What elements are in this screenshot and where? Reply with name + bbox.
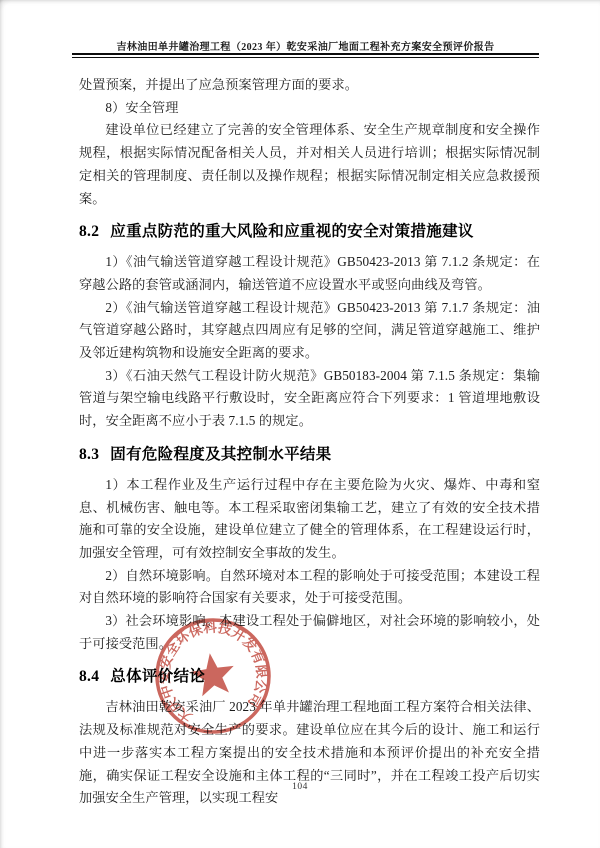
section-number: 8.2 <box>79 223 99 240</box>
section-number: 8.3 <box>79 446 99 463</box>
body-paragraph: 3）社会环境影响。本建设工程处于偏僻地区，对社会环境的影响较小，处于可接受范围。 <box>79 610 540 655</box>
section-heading-8.4: 8.4总体评价结论 <box>79 666 540 687</box>
body-paragraph: 吉林油田乾安采油厂 2023 年单井罐治理工程地面工程方案符合相关法律、法规及标… <box>79 696 540 810</box>
body-paragraph: 2）《油气输送管道穿越工程设计规范》GB50423-2013 第 7.1.7 条… <box>79 297 540 365</box>
page-number: 104 <box>0 782 600 792</box>
page-header-title: 吉林油田单井罐治理工程（2023 年）乾安采油厂地面工程补充方案安全预评价报告 <box>72 38 539 53</box>
document-page: 吉林油田单井罐治理工程（2023 年）乾安采油厂地面工程补充方案安全预评价报告 … <box>0 0 600 848</box>
section-heading-8.2: 8.2应重点防范的重大风险和应重视的安全对策措施建议 <box>79 221 540 242</box>
body-paragraph: 8）安全管理 <box>79 97 540 120</box>
body-paragraph: 1）《油气输送管道穿越工程设计规范》GB50423-2013 第 7.1.2 条… <box>79 251 540 296</box>
header-double-rule <box>72 53 539 58</box>
document-body: 处置预案，并提出了应急预案管理方面的要求。8）安全管理建设单位已经建立了完善的安… <box>79 74 540 810</box>
section-heading-8.3: 8.3固有危险程度及其控制水平结果 <box>79 444 540 465</box>
body-paragraph: 2）自然环境影响。自然环境对本工程的影响处于可接受范围；本建设工程对自然环境的影… <box>79 565 540 610</box>
section-title: 固有危险程度及其控制水平结果 <box>110 445 331 463</box>
body-paragraph: 处置预案，并提出了应急预案管理方面的要求。 <box>79 74 540 97</box>
section-title: 应重点防范的重大风险和应重视的安全对策措施建议 <box>110 222 473 240</box>
section-title: 总体评价结论 <box>110 667 205 685</box>
body-paragraph: 3）《石油天然气工程设计防火规范》GB50183-2004 第 7.1.5 条规… <box>79 365 540 433</box>
body-paragraph: 建设单位已经建立了完善的安全管理体系、安全生产规章制度和安全操作规程，根据实际情… <box>79 119 540 210</box>
body-paragraph: 1）本工程作业及生产运行过程中存在主要危险为火灾、爆炸、中毒和窒息、机械伤害、触… <box>79 474 540 565</box>
section-number: 8.4 <box>79 668 99 685</box>
scan-crease-artifact <box>0 0 70 70</box>
